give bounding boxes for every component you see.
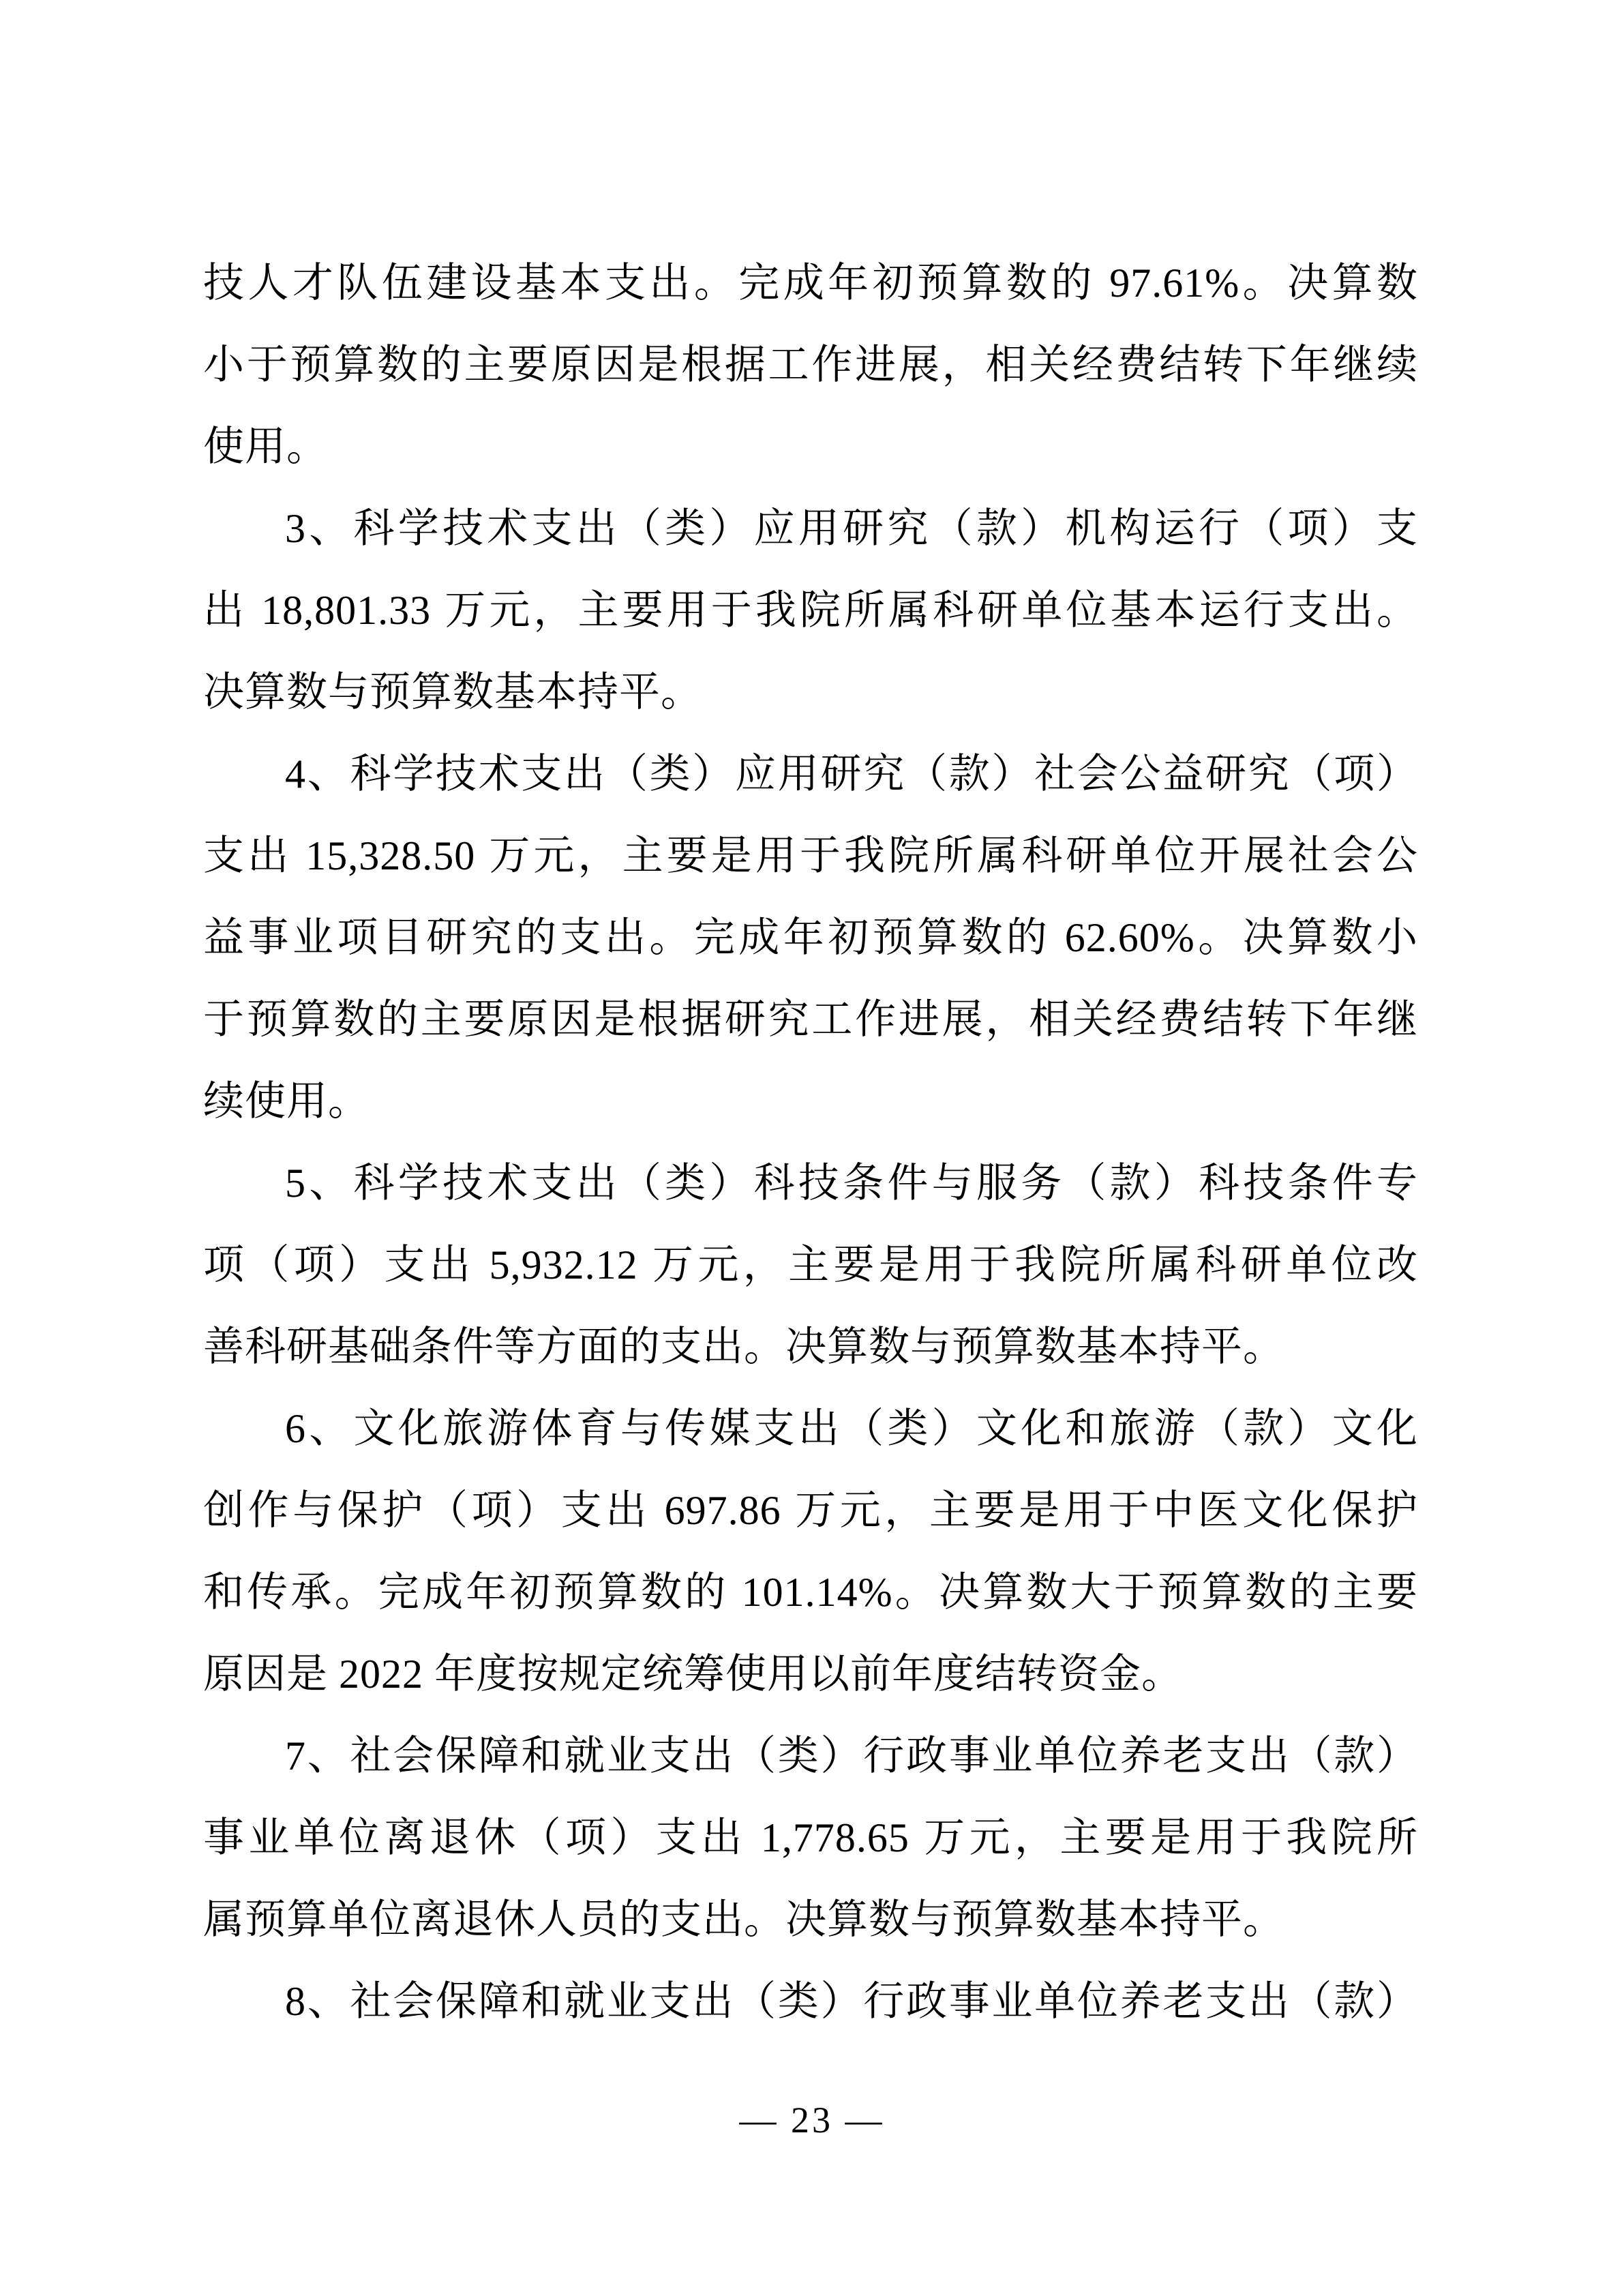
- document-line: 3、科学技术支出（类）应用研究（款）机构运行（项）支: [203, 488, 1418, 569]
- document-line: 8、社会保障和就业支出（类）行政事业单位养老支出（款）: [203, 1960, 1418, 2042]
- document-line: 技人才队伍建设基本支出。完成年初预算数的 97.61%。决算数: [203, 242, 1418, 324]
- document-line: 于预算数的主要原因是根据研究工作进展，相关经费结转下年继: [203, 979, 1418, 1060]
- document-line: 项（项）支出 5,932.12 万元，主要是用于我院所属科研单位改: [203, 1224, 1418, 1306]
- document-line: 支出 15,328.50 万元，主要是用于我院所属科研单位开展社会公: [203, 815, 1418, 897]
- document-line: 7、社会保障和就业支出（类）行政事业单位养老支出（款）: [203, 1715, 1418, 1797]
- document-line: 创作与保护（项）支出 697.86 万元，主要是用于中医文化保护: [203, 1470, 1418, 1551]
- document-line: 和传承。完成年初预算数的 101.14%。决算数大于预算数的主要: [203, 1551, 1418, 1633]
- page-number: — 23 —: [0, 2099, 1624, 2141]
- document-line: 4、科学技术支出（类）应用研究（款）社会公益研究（项）: [203, 733, 1418, 815]
- document-line: 5、科学技术支出（类）科技条件与服务（款）科技条件专: [203, 1142, 1418, 1224]
- document-line: 善科研基础条件等方面的支出。决算数与预算数基本持平。: [203, 1306, 1418, 1388]
- document-line: 使用。: [203, 406, 1418, 488]
- document-line: 6、文化旅游体育与传媒支出（类）文化和旅游（款）文化: [203, 1388, 1418, 1470]
- document-line: 续使用。: [203, 1060, 1418, 1142]
- document-line: 益事业项目研究的支出。完成年初预算数的 62.60%。决算数小: [203, 897, 1418, 979]
- document-line: 出 18,801.33 万元，主要用于我院所属科研单位基本运行支出。: [203, 569, 1418, 651]
- document-line: 事业单位离退休（项）支出 1,778.65 万元，主要是用于我院所: [203, 1797, 1418, 1879]
- document-line: 原因是 2022 年度按规定统筹使用以前年度结转资金。: [203, 1633, 1418, 1715]
- document-line: 小于预算数的主要原因是根据工作进展，相关经费结转下年继续: [203, 324, 1418, 406]
- document-line: 决算数与预算数基本持平。: [203, 651, 1418, 733]
- document-content: 技人才队伍建设基本支出。完成年初预算数的 97.61%。决算数小于预算数的主要原…: [203, 242, 1418, 2042]
- document-line: 属预算单位离退休人员的支出。决算数与预算数基本持平。: [203, 1879, 1418, 1960]
- document-page: 技人才队伍建设基本支出。完成年初预算数的 97.61%。决算数小于预算数的主要原…: [0, 0, 1624, 2296]
